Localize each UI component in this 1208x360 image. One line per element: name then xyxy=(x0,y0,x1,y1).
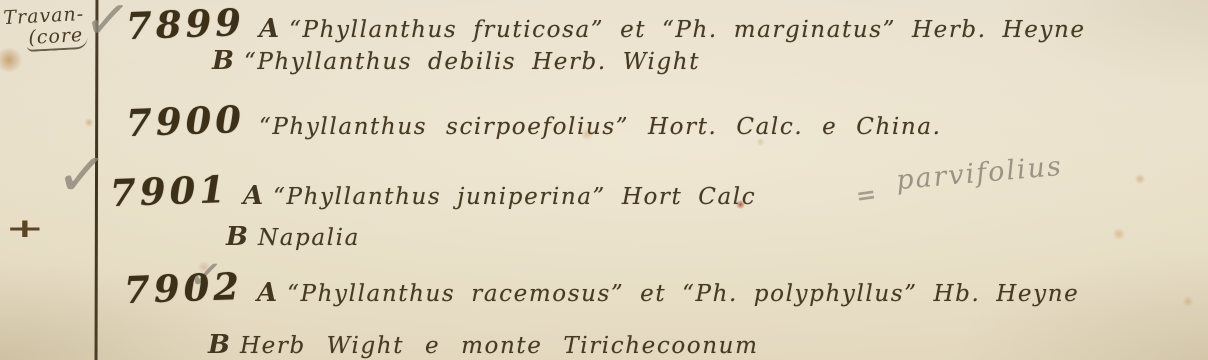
entry-letter: B xyxy=(212,46,234,76)
foxing-stain xyxy=(84,118,94,127)
margin-plus-mark: + xyxy=(5,214,44,244)
entry-line-7900: 7900“Phyllanthus scirpoefolius” Hort. Ca… xyxy=(126,99,941,143)
entry-letter: B xyxy=(208,330,230,360)
margin-region-label: Travan- (core xyxy=(3,4,88,53)
entry-line-7901a: 7901A“Phyllanthus juniperina” Hort Calc xyxy=(110,169,756,213)
entry-text: “Phyllanthus juniperina” Hort Calc xyxy=(273,184,756,210)
pencil-equals-sign: = xyxy=(854,179,878,211)
entry-number: 7901 xyxy=(109,167,229,215)
entry-line-7901b: BNapalia xyxy=(226,222,360,252)
entry-letter: A xyxy=(243,181,263,211)
region-label-line2: (core xyxy=(26,25,88,52)
entry-text: “Phyllanthus racemosus” et “Ph. polyphyl… xyxy=(287,281,1079,307)
entry-letter: A xyxy=(259,14,279,44)
pencil-checkmark-entry-7901: ✓ xyxy=(54,136,111,212)
entry-line-7899b: B“Phyllanthus debilis Herb. Wight xyxy=(212,46,700,76)
entry-text: Herb Wight e monte Tirichecoonum xyxy=(240,333,759,359)
entry-text: “Phyllanthus debilis Herb. Wight xyxy=(244,49,700,75)
foxing-stain xyxy=(1182,296,1194,307)
entry-text: “Phyllanthus fruticosa” et “Ph. marginat… xyxy=(289,17,1085,43)
entry-letter: B xyxy=(226,222,248,252)
pencil-annotation-parvifolius: parvifolius xyxy=(895,151,1064,196)
entry-letter: A xyxy=(257,278,277,308)
entry-number: 7900 xyxy=(125,97,245,145)
entry-text: Napalia xyxy=(258,225,360,251)
entry-number: 7899 xyxy=(125,0,245,48)
entry-line-7902a: 7902A“Phyllanthus racemosus” et “Ph. pol… xyxy=(124,266,1079,310)
entry-line-7902b: BHerb Wight e monte Tirichecoonum xyxy=(208,330,759,360)
entry-number: 7902 xyxy=(123,264,243,312)
entry-line-7899a: 7899A“Phyllanthus fruticosa” et “Ph. mar… xyxy=(126,2,1086,46)
foxing-stain xyxy=(1134,174,1146,184)
manuscript-page: Travan- (core ✓ ✓ ✓ + 7899A“Phyllanthus … xyxy=(0,0,1208,360)
entry-text: “Phyllanthus scirpoefolius” Hort. Calc. … xyxy=(259,114,942,140)
foxing-stain xyxy=(1112,228,1126,240)
